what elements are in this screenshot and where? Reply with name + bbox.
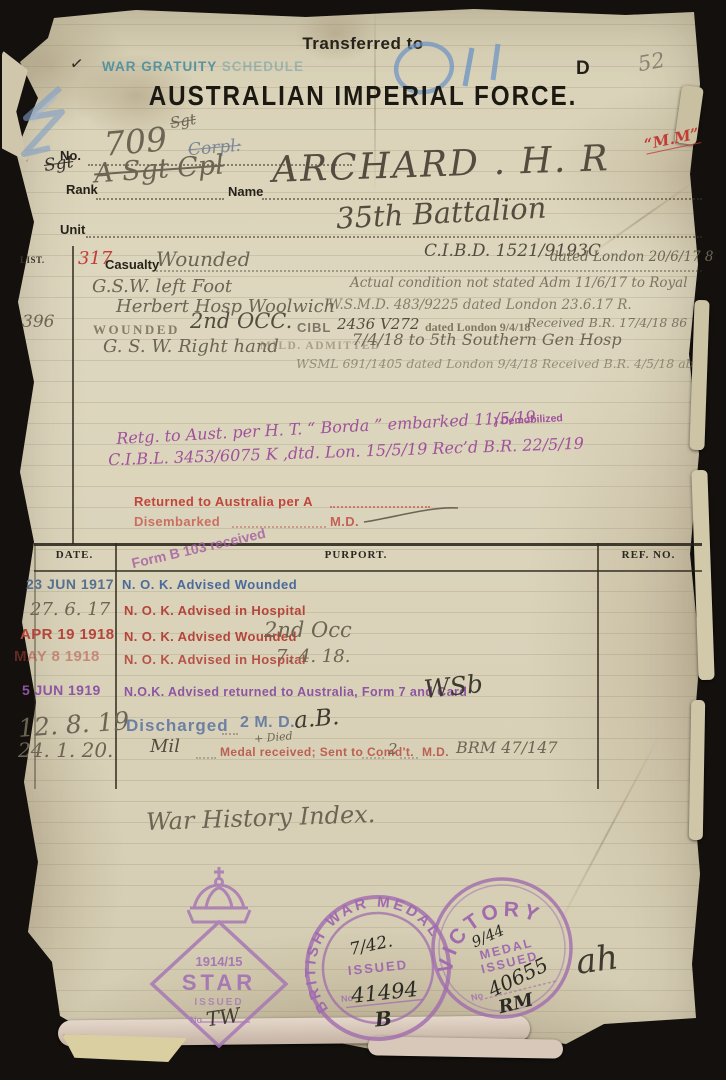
row-purport: N.O.K. Advised returned to Australia, Fo… <box>124 685 467 699</box>
row-purport: Medal received; Sent to Comd't. <box>220 745 414 759</box>
star-issued-stamp: 1914/15 STAR ISSUED No TW <box>146 864 296 1050</box>
casualty-entry4-rest: 7/4/18 to 5th Southern Gen Hosp <box>352 330 622 349</box>
casualty-entry2-hw: G.S.W. left Foot <box>92 276 232 297</box>
page-number: 52 <box>636 48 666 76</box>
war-gratuity-stamp: WAR GRATUITY SCHEDULE <box>102 59 304 74</box>
row-pre-note: Mil <box>150 736 180 757</box>
row-note-signature: a.B. <box>293 704 340 734</box>
row-purport: N. O. K. Advised in Hospital <box>124 603 306 618</box>
row-date: 23 JUN 1917 <box>26 576 114 592</box>
row-note-signature: WSb <box>423 669 485 704</box>
list-column-line <box>72 246 74 544</box>
bwm-monogram: B <box>373 1006 393 1032</box>
casualty-entry2-note: Actual condition not stated Adm 11/6/17 … <box>350 275 688 291</box>
rank-label: Rank <box>66 182 98 197</box>
row-date: 27. 6. 17 <box>30 599 110 620</box>
row-purport: N. O. K. Advised Wounded <box>122 577 297 592</box>
casualty-entry3-ref: W.S.M.D. 483/9225 dated London 23.6.17 R… <box>328 297 632 313</box>
margin-number: 396 <box>22 312 54 332</box>
pencil-swoosh <box>362 504 462 526</box>
returned-stamp-line1: Returned to Australia per A <box>134 494 313 509</box>
unit-rule <box>86 235 702 238</box>
cibl-stamp: CIBL <box>297 320 331 335</box>
casualty-entry1-hw: Wounded <box>156 247 250 271</box>
leader-dots <box>222 732 238 735</box>
victory-no-label: No <box>470 990 485 1003</box>
row-date: 5 JUN 1919 <box>22 682 101 698</box>
occurrence-hw: 2nd OCC. <box>190 309 292 333</box>
torn-fragment <box>689 700 705 840</box>
clerk-initials: ah <box>573 937 620 982</box>
margin-struck-rank: Sgt <box>43 152 75 176</box>
bwm-handwritten-ref: 7/42. <box>348 931 395 960</box>
casualty-entry4-hw: G. S. W. Right hand <box>103 336 279 357</box>
leader-dots <box>400 756 418 759</box>
table-top-border <box>34 543 702 546</box>
d-marker: D <box>576 58 590 80</box>
disembarked-md: M.D. <box>330 514 359 529</box>
check-mark: ✓ <box>69 53 85 75</box>
star-stamp-name: STAR <box>182 970 256 995</box>
torn-fragment <box>689 300 709 450</box>
row-note: 7. 4. 18. <box>276 646 350 667</box>
list-label: LIST. <box>20 255 45 265</box>
row-note: 2nd Occ <box>264 618 352 642</box>
page-title: AUSTRALIAN IMPERIAL FORCE. <box>11 80 715 112</box>
row-date: APR 19 1918 <box>20 626 114 643</box>
row-purport-discharged: Discharged <box>126 716 229 736</box>
table-col-line-ref <box>597 543 599 789</box>
row-date: MAY 8 1918 <box>14 648 100 665</box>
leader-dots <box>196 756 216 759</box>
war-gratuity-stamp-line1: WAR GRATUITY <box>102 59 217 74</box>
disembarked-stamp: Disembarked <box>134 514 220 529</box>
casualty-entry5-ref: WSML 691/1405 dated London 9/4/18 Receiv… <box>296 356 694 371</box>
disembarked-rule <box>232 525 326 528</box>
star-stamp-signature: TW <box>205 1003 243 1032</box>
table-header-refno: REF. NO. <box>597 549 700 561</box>
table-col-line-date <box>115 543 117 789</box>
bwm-issued: ISSUED <box>347 957 409 978</box>
unit-label: Unit <box>60 222 85 237</box>
scanned-service-record: Transferred to WAR GRATUITY SCHEDULE ✓ D… <box>0 0 726 1080</box>
row-purport-count: 2 <box>388 740 398 758</box>
name-label: Name <box>228 184 263 199</box>
transferred-to-note: Transferred to <box>0 34 726 54</box>
casualty-entry1-dated: dated London 20/6/17 8 <box>550 249 714 265</box>
rank-rule <box>96 197 224 200</box>
row-purport-md: M.D. <box>422 745 449 759</box>
leader-dots <box>362 756 384 759</box>
table-header-date: DATE. <box>34 549 115 561</box>
cibl-received: Received B.R. 17/4/18 86 <box>527 315 687 330</box>
star-stamp-year: 1914/15 <box>196 954 243 969</box>
row-note: BRM 47/147 <box>456 738 558 757</box>
star-stamp-no-label: No <box>190 1015 202 1025</box>
row-date: 24. 1. 20. <box>18 738 113 762</box>
war-gratuity-stamp-line2: SCHEDULE <box>222 59 304 74</box>
